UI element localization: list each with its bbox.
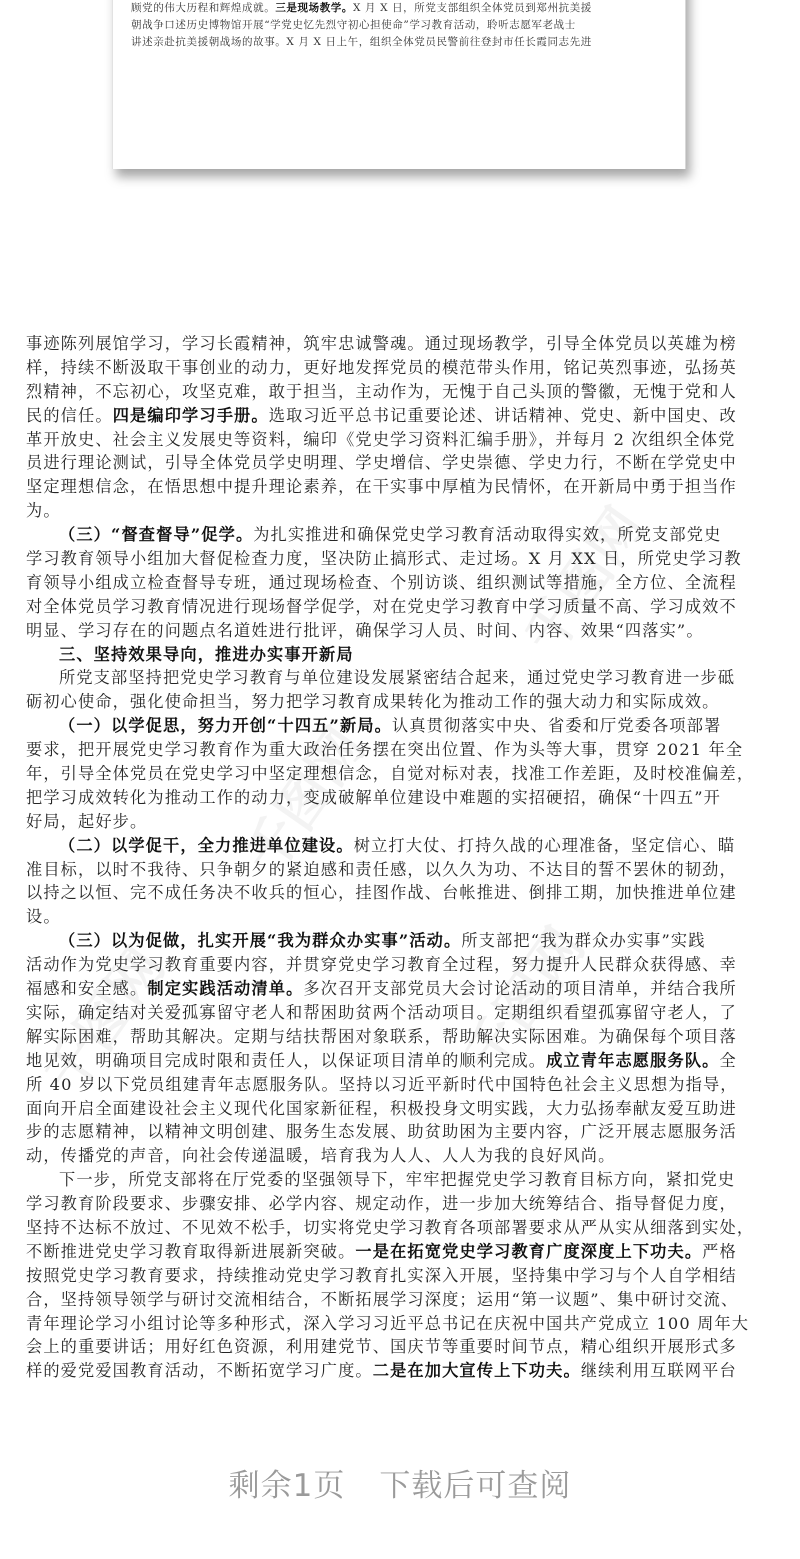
document-body: 事迹陈列展馆学习，学习长霞精神，筑牢忠诚警魂。通过现场教学，引导全体党员以英雄为… — [26, 332, 774, 1383]
text-run: 所党支部坚持把党史学习教育与单位建设发展紧密结合起来，通过党史学习教育进一步砥 — [59, 668, 735, 687]
text-run: 解实际困难，帮助其解决。定期与结扶帮困对象联系，帮助解决实际困难。为确保每个项目… — [26, 1027, 737, 1046]
text-run: 动，传播党的声音，向社会传递温暖，培育我为人人、人人为我的良好风尚。 — [26, 1146, 615, 1165]
text-run: 讲述亲赴抗美援朝战场的故事。X 月 X 日上午，组织全体党员民警前往登封市任长霞… — [131, 36, 592, 48]
text-line: 对全体党员学习教育情况进行现场督学促学，对在党史学习教育中学习质量不高、学习成效… — [26, 595, 774, 619]
bold-text-run: 四是编印学习手册。 — [113, 406, 269, 425]
text-line: 要求，把开展党史学习教育作为重大政治任务摆在突出位置、作为头等大事，贯穿 202… — [26, 738, 774, 762]
text-run: 育领导小组成立检查督导专班，通过现场检查、个别访谈、组织测试等措施，全方位、全流… — [26, 573, 737, 592]
text-run: 为扎实推进和确保党史学习教育活动取得实效，所党支部党史 — [253, 525, 721, 544]
text-line: 实际，确定结对关爱孤寡留守老人和帮困助贫两个活动项目。定期组织看望孤寡留守老人，… — [26, 1001, 774, 1025]
text-run: 不断推进党史学习教育取得新进展新突破。 — [26, 1242, 355, 1261]
text-run: 明显、学习存在的问题点名道姓进行批评，确保学习人员、时间、内容、效果“四落实”。 — [26, 621, 704, 640]
text-run: 员进行理论测试，引导全体党员学史明理、学史增信、学史崇德、学史力行，不断在学党史… — [26, 453, 737, 472]
text-run: 朝战争口述历史博物馆开展“学党史忆先烈守初心担使命”学习教育活动，聆听志愿军老战… — [131, 19, 576, 31]
text-run: X 月 X 日，所党支部组织全体党员到郑州抗美援 — [353, 2, 592, 14]
text-line: 按照党史学习教育要求，持续推动党史学习教育扎实深入开展，坚持集中学习与个人自学相… — [26, 1264, 774, 1288]
text-line: 动，传播党的声音，向社会传递温暖，培育我为人人、人人为我的良好风尚。 — [26, 1144, 774, 1168]
text-line: 学习教育领导小组加大督促检查力度，坚决防止搞形式、走过场。X 月 XX 日，所党… — [26, 547, 774, 571]
text-run: 要求，把开展党史学习教育作为重大政治任务摆在突出位置、作为头等大事，贯穿 202… — [26, 740, 743, 759]
download-prompt-label: 下载后可查阅 — [379, 1460, 571, 1505]
bold-text-run: （一）以学促思，努力开创“十四五”新局。 — [59, 716, 392, 735]
text-run: 革开放史、社会主义发展史等资料，编印《党史学习资料汇编手册》，并每月 2 次组织… — [26, 430, 735, 449]
text-line: 解实际困难，帮助其解决。定期与结扶帮困对象联系，帮助解决实际困难。为确保每个项目… — [26, 1025, 774, 1049]
text-run: 严格 — [702, 1242, 737, 1261]
text-line: 以持之以恒、完不成任务决不收兵的恒心，挂图作战、台帐推进、倒排工期，加快推进单位… — [26, 881, 774, 905]
text-run: 继续利用互联网平台 — [581, 1361, 737, 1380]
text-run: 样的爱党爱国教育活动，不断拓宽学习广度。 — [26, 1361, 373, 1380]
text-line: 革开放史、社会主义发展史等资料，编印《党史学习资料汇编手册》，并每月 2 次组织… — [26, 428, 774, 452]
text-line: （二）以学促干，全力推进单位建设。树立打大仗、打持久战的心理准备，坚定信心、瞄 — [26, 834, 774, 858]
text-run: 青年理论学习小组讨论等多种形式，深入学习习近平总书记在庆祝中国共产党成立 100… — [26, 1314, 749, 1333]
text-run: 样，持续不断汲取干事创业的动力，更好地发挥党员的模范带头作用，铭记英烈事迹，弘扬… — [26, 358, 737, 377]
text-run: 实际，确定结对关爱孤寡留守老人和帮困助贫两个活动项目。定期组织看望孤寡留守老人，… — [26, 1003, 737, 1022]
text-run: 顾党的伟大历程和辉煌成就。 — [131, 2, 275, 14]
preview-text-line: 朝战争口述历史博物馆开展“学党史忆先烈守初心担使命”学习教育活动，聆听志愿军老战… — [131, 17, 663, 34]
text-run: 设。 — [26, 907, 61, 926]
text-line: 年，引导全体党员在党史学习中坚定理想信念，自觉对标对表，找准工作差距，及时校准偏… — [26, 762, 774, 786]
text-line: 育领导小组成立检查督导专班，通过现场检查、个别访谈、组织测试等措施，全方位、全流… — [26, 571, 774, 595]
text-line: 员进行理论测试，引导全体党员学史明理、学史增信、学史崇德、学史力行，不断在学党史… — [26, 451, 774, 475]
text-run: 所支部把“我为群众办实事”实践 — [461, 931, 705, 950]
bold-text-run: 二是在加大宣传上下功夫。 — [373, 1361, 581, 1380]
text-line: 设。 — [26, 905, 774, 929]
preview-page-card: 顾党的伟大历程和辉煌成就。三是现场教学。X 月 X 日，所党支部组织全体党员到郑… — [112, 0, 686, 169]
text-run: 地见效，明确项目完成时限和责任人，以保证项目清单的顺利完成。 — [26, 1051, 546, 1070]
text-line: （三）“督查督导”促学。为扎实推进和确保党史学习教育活动取得实效，所党支部党史 — [26, 523, 774, 547]
bold-text-run: 三是现场教学。 — [275, 2, 353, 14]
bold-text-run: 三、坚持效果导向，推进办实事开新局 — [59, 645, 354, 664]
text-run: 步的志愿精神，以精神文明创建、服务生态发展、助贫助困为主要内容，广泛开展志愿服务… — [26, 1122, 737, 1141]
text-run: 所 40 岁以下党员组建青年志愿服务队。坚持以习近平新时代中国特色社会主义思想为… — [26, 1075, 738, 1094]
text-line: （一）以学促思，努力开创“十四五”新局。认真贯彻落实中央、省委和厅党委各项部署 — [26, 714, 774, 738]
text-line: 民的信任。四是编印学习手册。选取习近平总书记重要论述、讲话精神、党史、新中国史、… — [26, 404, 774, 428]
text-run: 活动作为党史学习教育重要内容，并贯穿党史学习教育全过程，努力提升人民群众获得感、… — [26, 955, 737, 974]
text-run: 按照党史学习教育要求，持续推动党史学习教育扎实深入开展，坚持集中学习与个人自学相… — [26, 1266, 737, 1285]
text-run: 合，坚持领导领学与研讨交流相结合，不断拓展学习深度；运用“第一议题”、集中研讨交… — [26, 1290, 738, 1309]
bold-text-run: （三）“督查督导”促学。 — [59, 525, 253, 544]
text-run: 学习教育领导小组加大督促检查力度，坚决防止搞形式、走过场。X 月 XX 日，所党… — [26, 549, 742, 568]
text-line: 好局，起好步。 — [26, 810, 774, 834]
text-line: 所 40 岁以下党员组建青年志愿服务队。坚持以习近平新时代中国特色社会主义思想为… — [26, 1073, 774, 1097]
bold-text-run: 成立青年志愿服务队。 — [546, 1051, 719, 1070]
text-line: 为。 — [26, 499, 774, 523]
text-run: 坚持不达标不放过、不见效不松手，切实将党史学习教育各项部署要求从严从实从细落到实… — [26, 1218, 754, 1237]
bold-text-run: （二）以学促干，全力推进单位建设。 — [59, 836, 354, 855]
text-line: 砺初心使命，强化使命担当，努力把学习教育成果转化为推动工作的强大动力和实际成效。 — [26, 690, 774, 714]
text-run: 面向开启全面建设社会主义现代化国家新征程，积极投身文明实践，大力弘扬奉献友爱互助… — [26, 1099, 737, 1118]
text-run: 福感和安全感。 — [26, 979, 147, 998]
text-line: 把学习成效转化为推动工作的动力，变成破解单位建设中难题的实招硬招，确保“十四五”… — [26, 786, 774, 810]
text-line: 样，持续不断汲取干事创业的动力，更好地发挥党员的模范带头作用，铭记英烈事迹，弘扬… — [26, 356, 774, 380]
text-line: （三）以为促做，扎实开展“我为群众办实事”活动。所支部把“我为群众办实事”实践 — [26, 929, 774, 953]
remaining-pages-label: 剩余1页 — [229, 1460, 346, 1505]
text-line: 下一步，所党支部将在厅党委的坚强领导下，牢牢把握党史学习教育目标方向，紧扣党史 — [26, 1168, 774, 1192]
text-line: 合，坚持领导领学与研讨交流相结合，不断拓展学习深度；运用“第一议题”、集中研讨交… — [26, 1288, 774, 1312]
preview-text-line: 顾党的伟大历程和辉煌成就。三是现场教学。X 月 X 日，所党支部组织全体党员到郑… — [131, 0, 663, 17]
text-run: 准目标，以时不我待、只争朝夕的紧迫感和责任感，以久久为功、不达目的誓不罢休的韧劲… — [26, 860, 737, 879]
text-run: 事迹陈列展馆学习，学习长霞精神，筑牢忠诚警魂。通过现场教学，引导全体党员以英雄为… — [26, 334, 737, 353]
bold-text-run: 一是在拓宽党史学习教育广度深度上下功夫。 — [355, 1242, 702, 1261]
text-run: 学习教育阶段要求、步骤安排、必学内容、规定动作，进一步加大统筹结合、指导督促力度… — [26, 1194, 737, 1213]
text-run: 把学习成效转化为推动工作的动力，变成破解单位建设中难题的实招硬招，确保“十四五”… — [26, 788, 721, 807]
text-run: 民的信任。 — [26, 406, 113, 425]
text-run: 对全体党员学习教育情况进行现场督学促学，对在党史学习教育中学习质量不高、学习成效… — [26, 597, 737, 616]
text-line: 坚持不达标不放过、不见效不松手，切实将党史学习教育各项部署要求从严从实从细落到实… — [26, 1216, 774, 1240]
text-run: 会上的重要讲话；用好红色资源，利用建党节、国庆节等重要时间节点，精心组织开展形式… — [26, 1337, 737, 1356]
text-run: 烈精神，不忘初心，攻坚克难，敢于担当，主动作为，无愧于自己头顶的警徽，无愧于党和… — [26, 382, 737, 401]
text-line: 地见效，明确项目完成时限和责任人，以保证项目清单的顺利完成。成立青年志愿服务队。… — [26, 1049, 774, 1073]
text-run: 砺初心使命，强化使命担当，努力把学习教育成果转化为推动工作的强大动力和实际成效。 — [26, 692, 720, 711]
text-line: 事迹陈列展馆学习，学习长霞精神，筑牢忠诚警魂。通过现场教学，引导全体党员以英雄为… — [26, 332, 774, 356]
text-line: 福感和安全感。制定实践活动清单。多次召开支部党员大会讨论活动的项目清单，并结合我… — [26, 977, 774, 1001]
text-line: 面向开启全面建设社会主义现代化国家新征程，积极投身文明实践，大力弘扬奉献友爱互助… — [26, 1097, 774, 1121]
text-line: 步的志愿精神，以精神文明创建、服务生态发展、助贫助困为主要内容，广泛开展志愿服务… — [26, 1120, 774, 1144]
text-run: 多次召开支部党员大会讨论活动的项目清单，并结合我所 — [303, 979, 736, 998]
section-heading: 三、坚持效果导向，推进办实事开新局 — [26, 643, 774, 667]
text-run: 认真贯彻落实中央、省委和厅党委各项部署 — [392, 716, 721, 735]
download-to-view-prompt[interactable]: 剩余1页下载后可查阅 — [0, 1460, 800, 1505]
text-line: 活动作为党史学习教育重要内容，并贯穿党史学习教育全过程，努力提升人民群众获得感、… — [26, 953, 774, 977]
text-run: 以持之以恒、完不成任务决不收兵的恒心，挂图作战、台帐推进、倒排工期，加快推进单位… — [26, 883, 737, 902]
text-line: 所党支部坚持把党史学习教育与单位建设发展紧密结合起来，通过党史学习教育进一步砥 — [26, 666, 774, 690]
text-line: 会上的重要讲话；用好红色资源，利用建党节、国庆节等重要时间节点，精心组织开展形式… — [26, 1335, 774, 1359]
text-line: 不断推进党史学习教育取得新进展新突破。一是在拓宽党史学习教育广度深度上下功夫。严… — [26, 1240, 774, 1264]
text-line: 青年理论学习小组讨论等多种形式，深入学习习近平总书记在庆祝中国共产党成立 100… — [26, 1312, 774, 1336]
text-run: 树立打大仗、打持久战的心理准备，坚定信心、瞄 — [354, 836, 735, 855]
bold-text-run: （三）以为促做，扎实开展“我为群众办实事”活动。 — [59, 931, 461, 950]
text-line: 准目标，以时不我待、只争朝夕的紧迫感和责任感，以久久为功、不达目的誓不罢休的韧劲… — [26, 858, 774, 882]
text-run: 选取习近平总书记重要论述、讲话精神、党史、新中国史、改 — [269, 406, 737, 425]
preview-page-text: 顾党的伟大历程和辉煌成就。三是现场教学。X 月 X 日，所党支部组织全体党员到郑… — [131, 0, 663, 51]
text-run: 为。 — [26, 501, 61, 520]
text-run: 坚定理想信念，在悟思想中提升理论素养，在干实事中厚植为民情怀，在开新局中勇于担当… — [26, 477, 737, 496]
text-line: 学习教育阶段要求、步骤安排、必学内容、规定动作，进一步加大统筹结合、指导督促力度… — [26, 1192, 774, 1216]
text-run: 年，引导全体党员在党史学习中坚定理想信念，自觉对标对表，找准工作差距，及时校准偏… — [26, 764, 754, 783]
text-run: 全 — [720, 1051, 737, 1070]
preview-text-line: 讲述亲赴抗美援朝战场的故事。X 月 X 日上午，组织全体党员民警前往登封市任长霞… — [131, 34, 663, 51]
text-line: 烈精神，不忘初心，攻坚克难，敢于担当，主动作为，无愧于自己头顶的警徽，无愧于党和… — [26, 380, 774, 404]
text-line: 明显、学习存在的问题点名道姓进行批评，确保学习人员、时间、内容、效果“四落实”。 — [26, 619, 774, 643]
text-run: 好局，起好步。 — [26, 812, 147, 831]
text-line: 坚定理想信念，在悟思想中提升理论素养，在干实事中厚植为民情怀，在开新局中勇于担当… — [26, 475, 774, 499]
bold-text-run: 制定实践活动清单。 — [147, 979, 303, 998]
text-line: 样的爱党爱国教育活动，不断拓宽学习广度。二是在加大宣传上下功夫。继续利用互联网平… — [26, 1359, 774, 1383]
text-run: 下一步，所党支部将在厅党委的坚强领导下，牢牢把握党史学习教育目标方向，紧扣党史 — [59, 1170, 735, 1189]
